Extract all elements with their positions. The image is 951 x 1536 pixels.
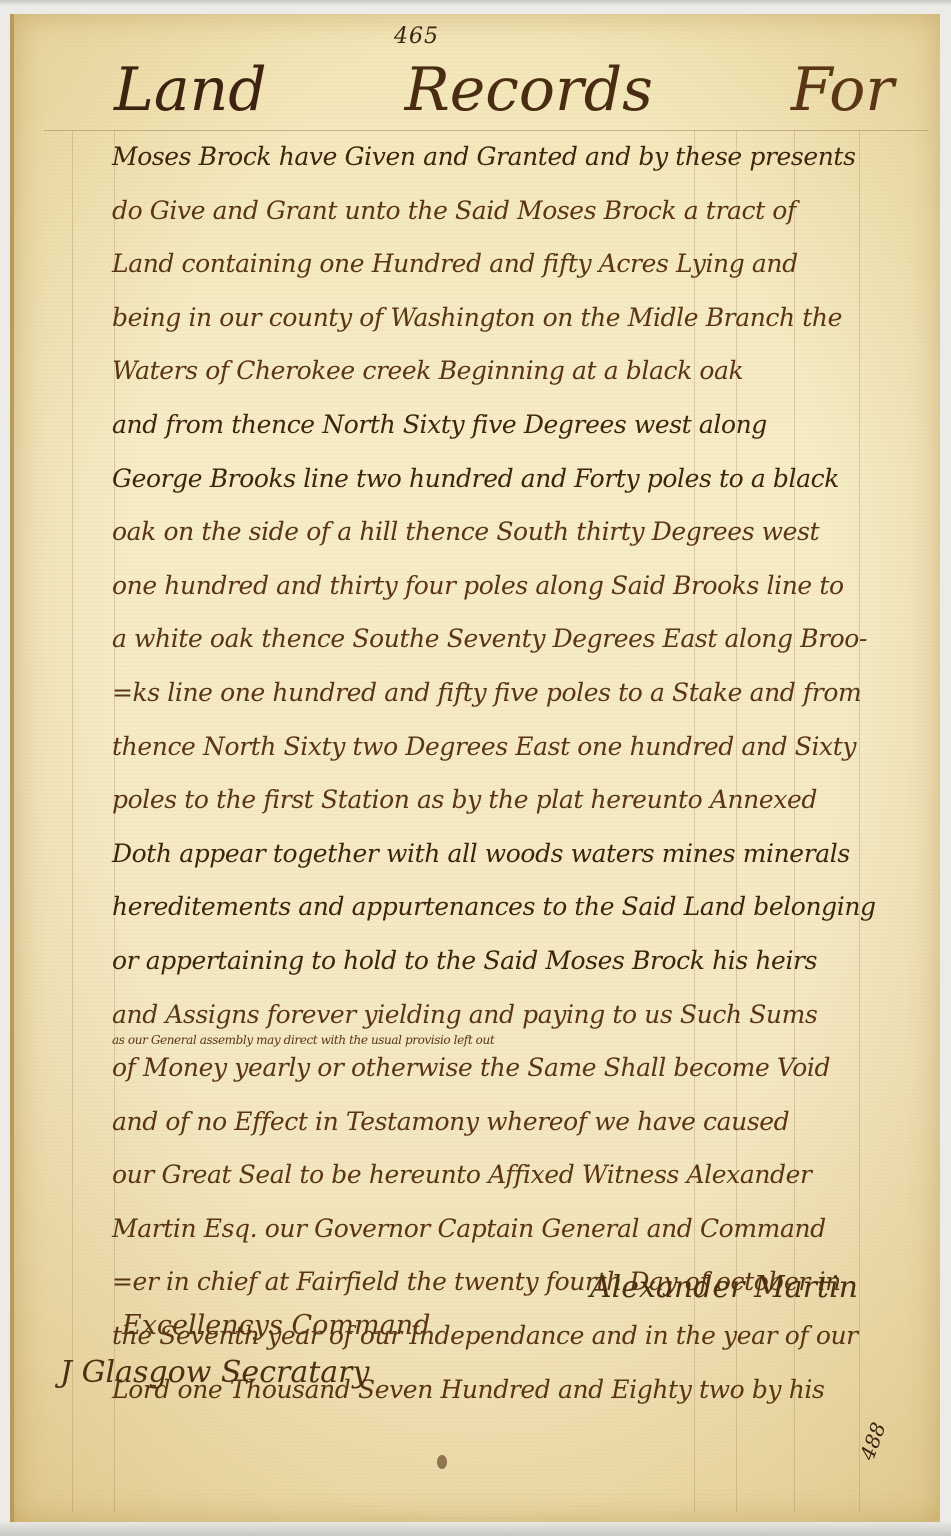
- text-line: being in our county of Washington on the…: [112, 291, 912, 345]
- text-line: Moses Brock have Given and Granted and b…: [112, 130, 912, 184]
- text-line: a white oak thence Southe Seventy Degree…: [112, 612, 912, 666]
- text-line: Land containing one Hundred and fifty Ac…: [112, 237, 912, 291]
- text-line: poles to the first Station as by the pla…: [112, 773, 912, 827]
- text-line: hereditements and appurtenances to the S…: [112, 880, 912, 934]
- page-number-top: 465: [394, 24, 439, 49]
- text-line: or appertaining to hold to the Said Mose…: [112, 934, 912, 988]
- text-line: Waters of Cherokee creek Beginning at a …: [112, 344, 912, 398]
- text-line: and from thence North Sixty five Degrees…: [112, 398, 912, 452]
- text-line: =ks line one hundred and fifty five pole…: [112, 666, 912, 720]
- text-line: our Great Seal to be hereunto Affixed Wi…: [112, 1148, 912, 1202]
- signature-secretary: J Glasgow Secratary: [60, 1355, 369, 1390]
- margin-rule-line: [72, 130, 73, 1512]
- text-line: do Give and Grant unto the Said Moses Br…: [112, 184, 912, 238]
- title-word-records: Records: [405, 60, 653, 120]
- text-line: Doth appear together with all woods wate…: [112, 827, 912, 881]
- text-line: Martin Esq. our Governor Captain General…: [112, 1202, 912, 1256]
- title-word-for: For: [791, 60, 894, 120]
- text-line: George Brooks line two hundred and Forty…: [112, 452, 912, 506]
- signature-governor: Alexander Martin: [590, 1270, 858, 1305]
- title-word-land: Land: [114, 60, 267, 120]
- text-line: and of no Effect in Testamony whereof we…: [112, 1095, 912, 1149]
- deed-body: Moses Brock have Given and Granted and b…: [112, 130, 912, 1416]
- text-line: oak on the side of a hill thence South t…: [112, 505, 912, 559]
- closing-line: Excellencys Command: [122, 1310, 430, 1341]
- ink-blot: [437, 1455, 447, 1469]
- page-title: Land Records For: [74, 60, 894, 120]
- text-line: thence North Sixty two Degrees East one …: [112, 720, 912, 774]
- text-line: of Money yearly or otherwise the Same Sh…: [112, 1041, 912, 1095]
- text-line: one hundred and thirty four poles along …: [112, 559, 912, 613]
